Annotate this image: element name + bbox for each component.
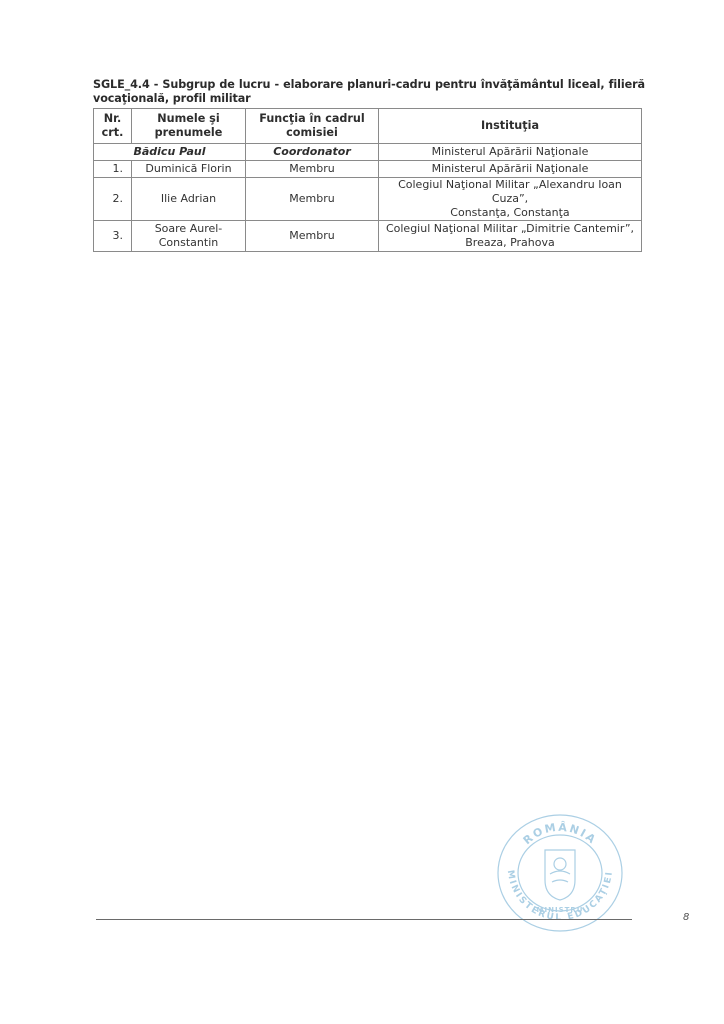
coordinator-row: Bădicu Paul Coordonator Ministerul Apără… [94,144,642,161]
heading-line-1: SGLE_4.4 - Subgrup de lucru - elaborare … [93,78,645,92]
row-role: Membru [246,178,379,221]
header-institution: Instituţia [379,109,642,144]
table-row: 1. Duminică Florin Membru Ministerul Apă… [94,161,642,178]
row-nr: 2. [94,178,132,221]
heading-line-2: vocaţională, profil militar [93,92,645,106]
page-number: 8 [683,912,689,923]
row-name: Soare Aurel-Constantin [132,221,246,252]
table-header-row: Nr.crt. Numele şiprenumele Funcţia în ca… [94,109,642,144]
row-institution: Colegiul Naţional Militar „Dimitrie Cant… [379,221,642,252]
coordinator-name: Bădicu Paul [94,144,246,161]
row-role: Membru [246,221,379,252]
row-institution: Ministerul Apărării Naţionale [379,161,642,178]
row-name: Duminică Florin [132,161,246,178]
row-nr: 3. [94,221,132,252]
svg-text:MINISTERUL EDUCAŢIEI: MINISTERUL EDUCAŢIEI [505,869,615,923]
header-role: Funcţia în cadrulcomisiei [246,109,379,144]
header-name: Numele şiprenumele [132,109,246,144]
table-row: 3. Soare Aurel-Constantin Membru Colegiu… [94,221,642,252]
members-table: Nr.crt. Numele şiprenumele Funcţia în ca… [93,108,642,252]
section-heading: SGLE_4.4 - Subgrup de lucru - elaborare … [93,78,645,106]
footer-divider [96,919,632,920]
coordinator-institution: Ministerul Apărării Naţionale [379,144,642,161]
svg-text:ROMÂNIA: ROMÂNIA [521,821,600,847]
table-row: 2. Ilie Adrian Membru Colegiul Naţional … [94,178,642,221]
row-institution: Colegiul Naţional Militar „Alexandru Ioa… [379,178,642,221]
row-role: Membru [246,161,379,178]
svg-text:MINISTRU: MINISTRU [537,906,584,914]
coordinator-role: Coordonator [246,144,379,161]
row-name: Ilie Adrian [132,178,246,221]
row-nr: 1. [94,161,132,178]
header-nr: Nr.crt. [94,109,132,144]
